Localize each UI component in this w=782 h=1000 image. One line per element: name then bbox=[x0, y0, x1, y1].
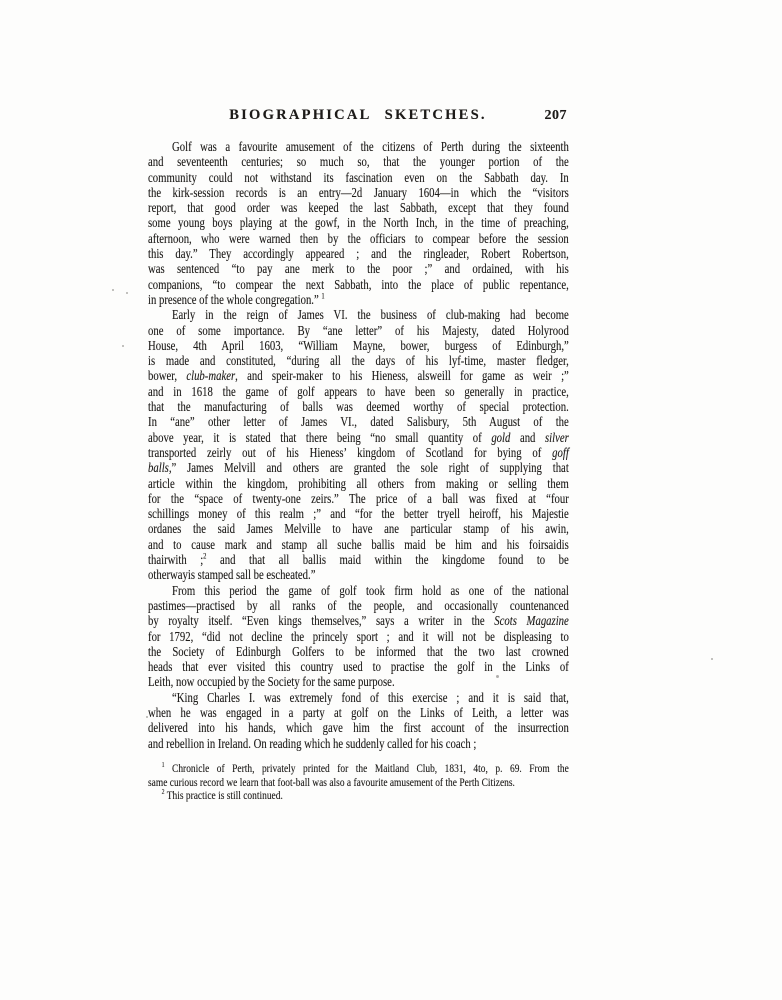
body-text: Golf was a favourite amusement of the ci… bbox=[148, 139, 569, 751]
paragraph: Golf was a favourite amusement of the ci… bbox=[148, 139, 569, 307]
text-line: and in 1618 the game of golf appears to … bbox=[148, 384, 569, 399]
scan-speck bbox=[112, 289, 114, 291]
text-line: Golf was a favourite amusement of the ci… bbox=[148, 139, 569, 154]
text-line: From this period the game of golf took f… bbox=[148, 583, 569, 598]
scan-speck bbox=[711, 658, 713, 660]
text-line: Early in the reign of James VI. the busi… bbox=[148, 307, 569, 322]
text-line: ordanes the said James Melville to have … bbox=[148, 521, 569, 536]
scan-speck bbox=[146, 716, 148, 718]
text-line: balls,” James Melvill and others are gra… bbox=[148, 460, 569, 475]
text-line: for the “space of twenty-one zeirs.” The… bbox=[148, 491, 569, 506]
running-header: BIOGRAPHICAL SKETCHES. 207 bbox=[148, 107, 568, 129]
text-line: and rebellion in Ireland. On reading whi… bbox=[148, 736, 569, 751]
text-line: this day.” They accordingly appeared ; a… bbox=[148, 246, 569, 261]
text-line: by royalty itself. “Even kings themselve… bbox=[148, 613, 569, 628]
text-line: thairwith ;2 and that all ballis maid wi… bbox=[148, 552, 569, 567]
text-line: In “ane” other letter of James VI., date… bbox=[148, 414, 569, 429]
text-line: afternoon, who were warned then by the o… bbox=[148, 231, 569, 246]
text-line: delivered into his hands, which gave him… bbox=[148, 720, 569, 735]
text-line: the kirk-session records is an entry—2d … bbox=[148, 185, 569, 200]
text-line: article within the kingdom, prohibiting … bbox=[148, 476, 569, 491]
scan-speck bbox=[496, 675, 499, 678]
text-line: for 1792, “did not decline the princely … bbox=[148, 629, 569, 644]
scan-speck bbox=[126, 292, 128, 294]
paragraph: Early in the reign of James VI. the busi… bbox=[148, 307, 569, 582]
text-line: community could not withstand its fascin… bbox=[148, 170, 569, 185]
text-line: House, 4th April 1603, “William Mayne, b… bbox=[148, 338, 569, 353]
text-line: pastimes—practised by all ranks of the p… bbox=[148, 598, 569, 613]
page-number: 207 bbox=[545, 108, 568, 124]
text-line: and seventeenth centuries; so much so, t… bbox=[148, 154, 569, 169]
text-line: and to cause mark and stamp all suche ba… bbox=[148, 537, 569, 552]
text-line: the Society of Edinburgh Golfers to be i… bbox=[148, 644, 569, 659]
text-line: transported zeirly out of his Hieness’ k… bbox=[148, 445, 569, 460]
scan-speck bbox=[122, 345, 124, 347]
book-page: BIOGRAPHICAL SKETCHES. 207 Golf was a fa… bbox=[0, 0, 782, 1000]
text-line: when he was engaged in a party at golf o… bbox=[148, 705, 569, 720]
text-line: above year, it is stated that there bein… bbox=[148, 430, 569, 445]
text-line: is made and constituted, “during all the… bbox=[148, 353, 569, 368]
text-line: “King Charles I. was extremely fond of t… bbox=[148, 690, 569, 705]
text-line: 1 Chronicle of Perth, privately printed … bbox=[148, 762, 569, 776]
paragraph: From this period the game of golf took f… bbox=[148, 583, 569, 690]
text-line: in presence of the whole congregation.” … bbox=[148, 292, 569, 307]
text-line: heads that ever visited this country use… bbox=[148, 659, 569, 674]
text-line: schillings money of this realm ;” and “f… bbox=[148, 506, 569, 521]
text-line: bower, club-maker, and speir-maker to hi… bbox=[148, 368, 569, 383]
text-line: companions, “to compear the next Sabbath… bbox=[148, 277, 569, 292]
text-line: was sentenced “to pay ane merk to the po… bbox=[148, 261, 569, 276]
page-title: BIOGRAPHICAL SKETCHES. bbox=[148, 107, 568, 124]
text-line: report, that good order was keeped the l… bbox=[148, 200, 569, 215]
text-line: that the manufacturing of balls was deem… bbox=[148, 399, 569, 414]
text-line: one of some importance. By “ane letter” … bbox=[148, 323, 569, 338]
text-line: 2 This practice is still continued. bbox=[148, 789, 569, 803]
paragraph: “King Charles I. was extremely fond of t… bbox=[148, 690, 569, 751]
text-line: Leith, now occupied by the Society for t… bbox=[148, 674, 569, 689]
footnotes: 1 Chronicle of Perth, privately printed … bbox=[148, 762, 569, 803]
text-line: otherwayis stamped sall be escheated.” bbox=[148, 567, 569, 582]
text-line: some young boys playing at the gowf, in … bbox=[148, 215, 569, 230]
text-column: Golf was a favourite amusement of the ci… bbox=[148, 139, 569, 803]
